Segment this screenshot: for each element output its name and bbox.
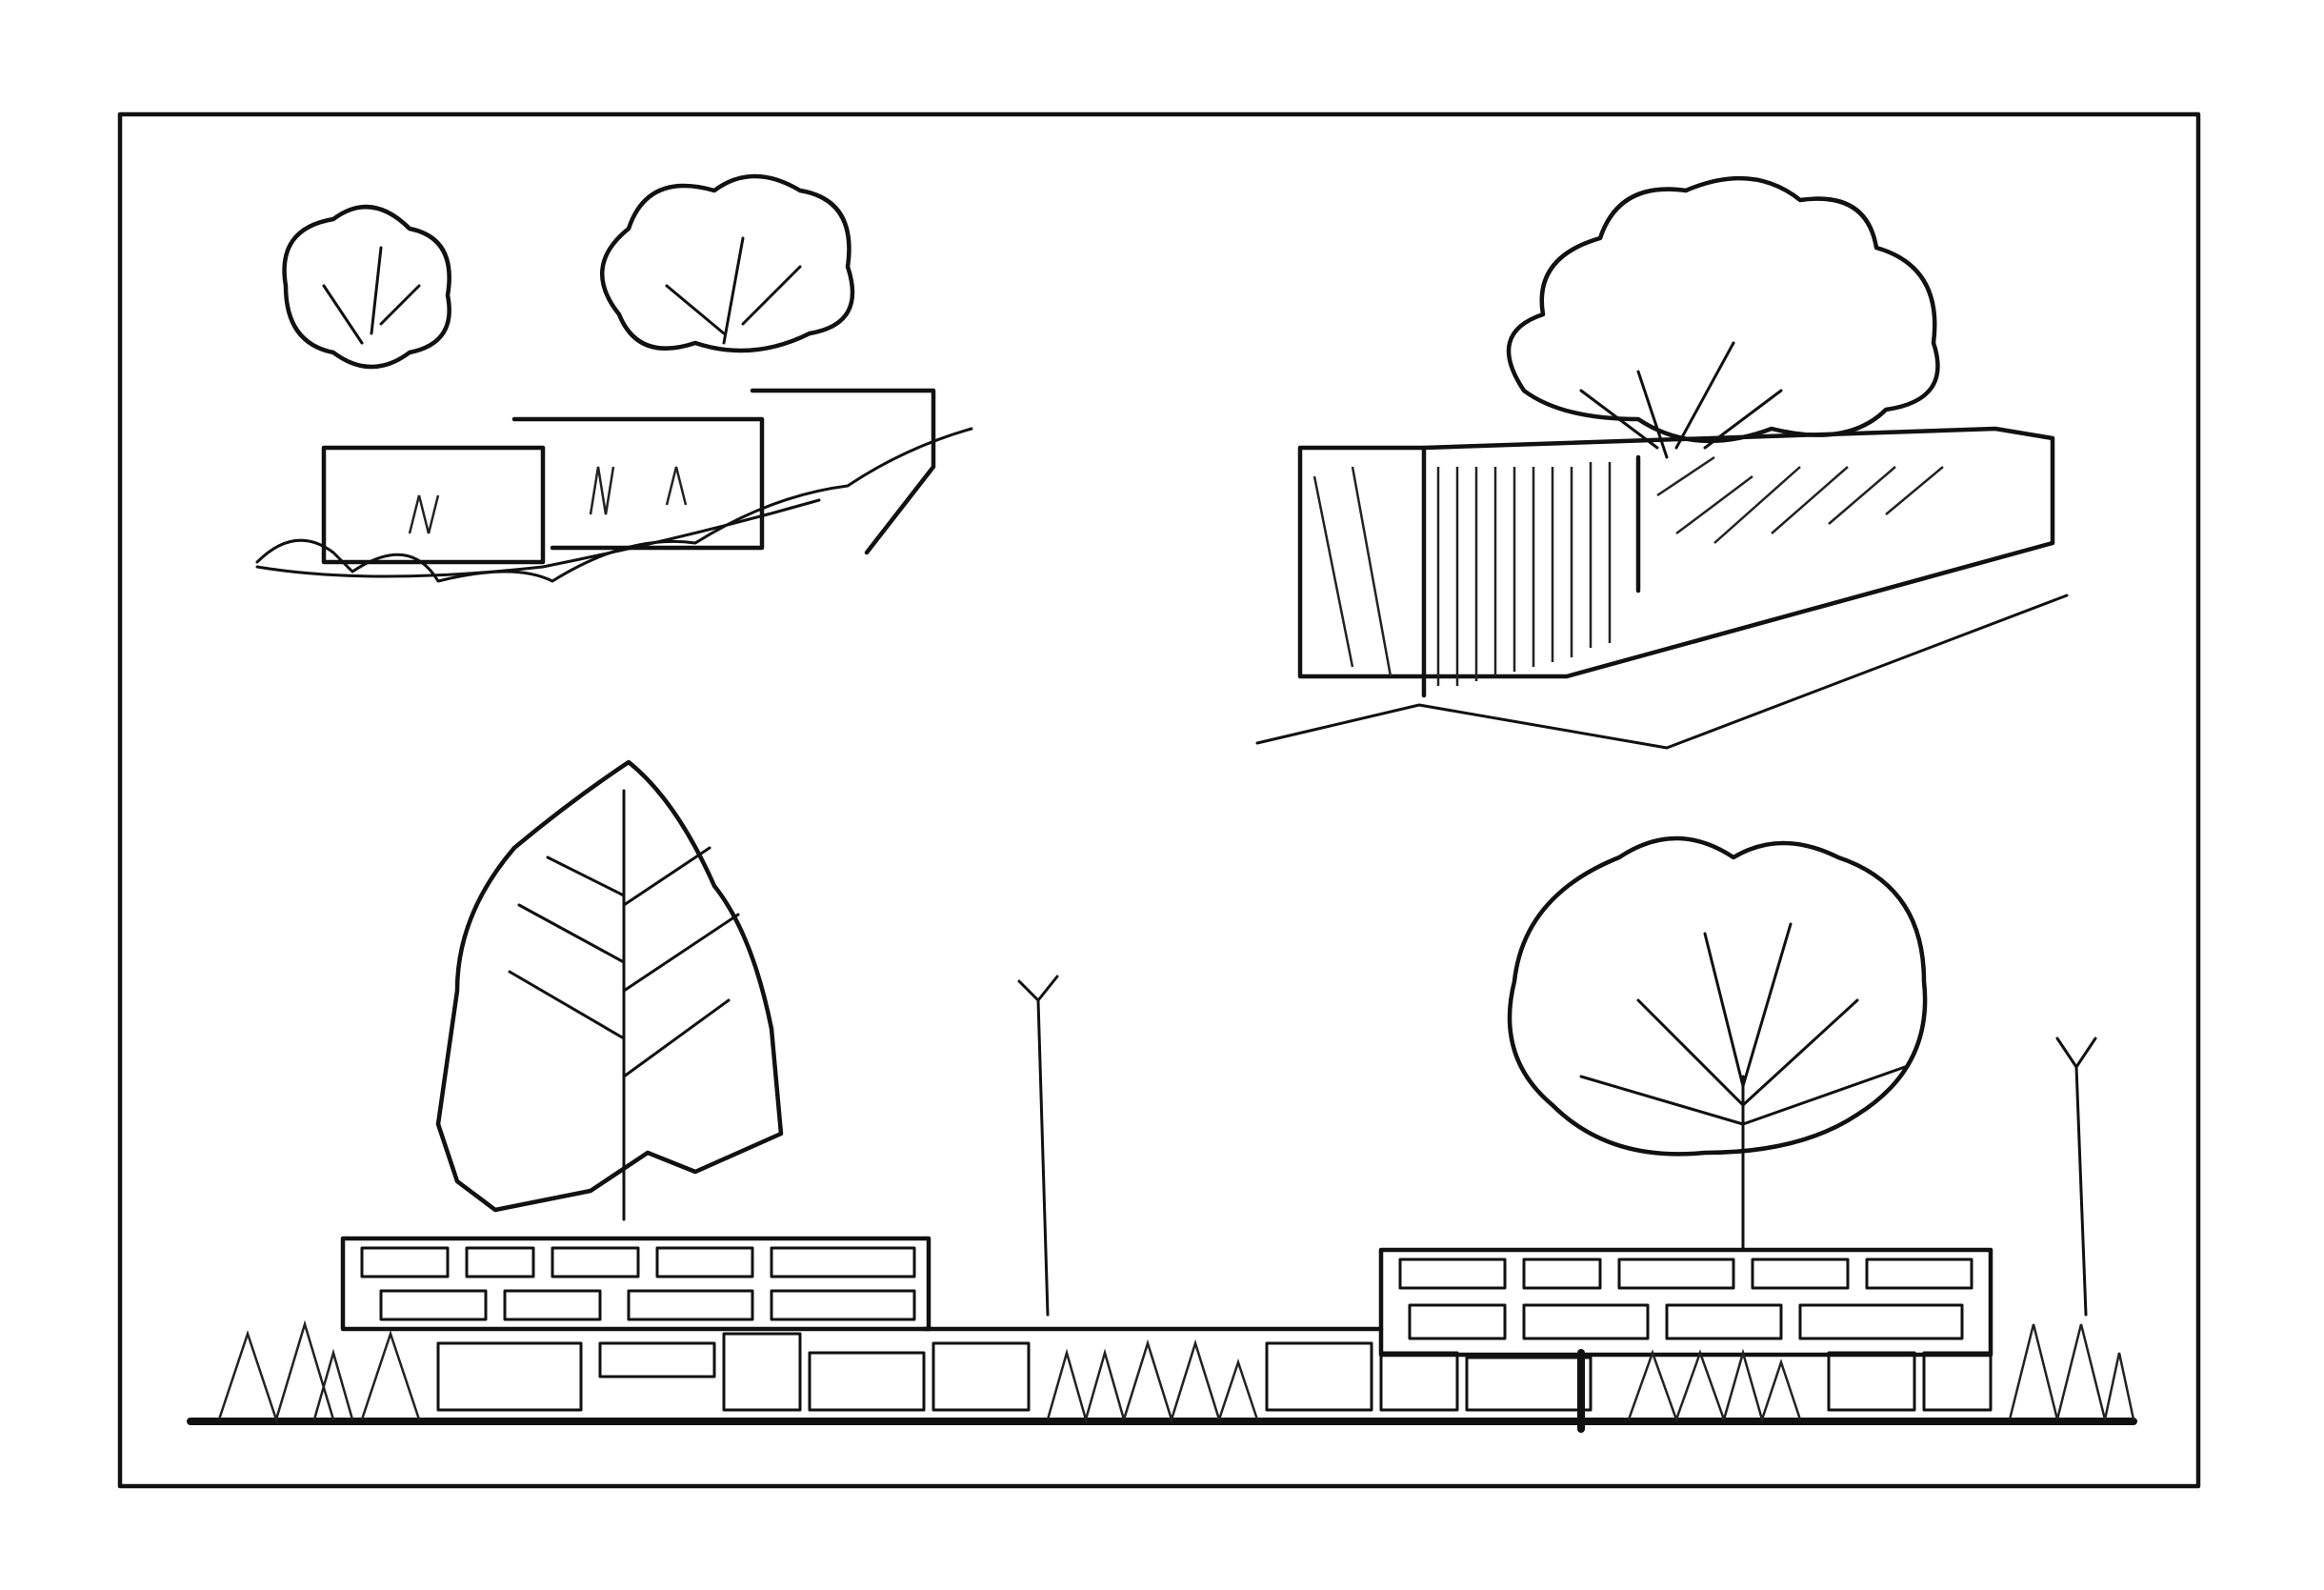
perspective-wall-panel (1257, 178, 2067, 748)
sketch-svg (0, 0, 2324, 1590)
elevation-right-panel (1019, 838, 2095, 1355)
landscape-sketch (0, 0, 2324, 1590)
frame (120, 114, 2198, 1486)
stepped-planters-panel (257, 176, 972, 581)
elevation-left-panel (343, 762, 929, 1329)
